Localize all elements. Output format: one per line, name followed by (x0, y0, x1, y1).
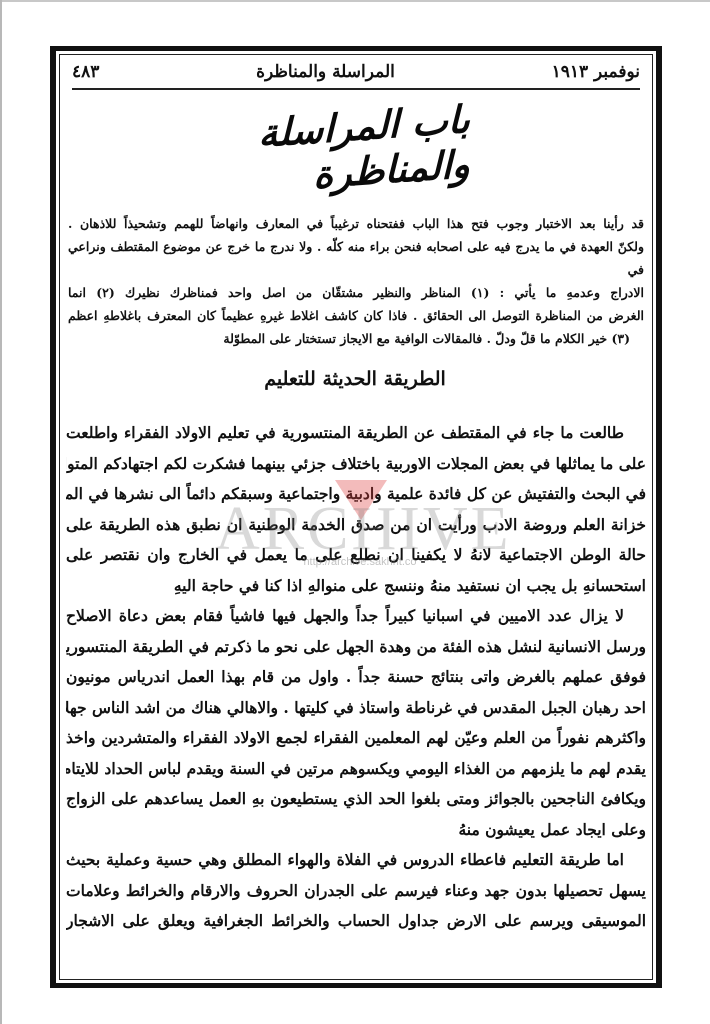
intro-line: ولكنّ العهدة في ما يدرج فيه على اصحابه ف… (68, 235, 644, 281)
scan-left-edge (0, 0, 2, 1024)
page-number: ٤٨٣ (72, 62, 99, 82)
body-line: فوفق عملهم بالغرض واتى بنتائج حسنة جداً … (66, 662, 646, 693)
body-line: ورسل الانسانية لنشل هذه الفئة من وهدة ال… (66, 632, 646, 663)
article-title: الطريقة الحديثة للتعليم (160, 368, 550, 390)
body-line: لا يزال عدد الاميين في اسبانيا كبيراً جد… (66, 601, 646, 632)
body-line: وعلى ايجاد عمل يعيشون منهُ (66, 815, 646, 846)
section-intro: قد رأينا بعد الاختبار وجوب فتح هذا الباب… (68, 212, 644, 350)
scan-top-edge (0, 0, 710, 2)
body-line: يقدم لهم ما يلزمهم من الغذاء اليومي ويكس… (66, 754, 646, 785)
intro-line: (٣) خير الكلام ما قلّ ودلّ . فالمقالات ا… (68, 327, 644, 350)
section-heading-calligraphy: باب المراسلة والمناظرة (240, 96, 470, 202)
body-line: على ما يماثلها في بعض المجلات الاوربية ب… (66, 449, 646, 480)
body-line: احد رهبان الجبل المقدس في غرناطة واستاذ … (66, 693, 646, 724)
body-line: واكثرهم نفوراً من العلم وعيّن لهم المعلم… (66, 723, 646, 754)
running-head-rule (72, 88, 640, 90)
body-line: في البحث والتفتيش عن كل فائدة علمية وادب… (66, 479, 646, 510)
intro-line: قد رأينا بعد الاختبار وجوب فتح هذا الباب… (68, 212, 644, 235)
article-body: طالعت ما جاء في المقتطف عن الطريقة المنت… (66, 418, 646, 937)
body-line: يسهل تحصيلها بدون جهد وعناء فيرسم على ال… (66, 876, 646, 907)
intro-line: الغرض من المناظرة التوصل الى الحقائق . ف… (68, 304, 644, 327)
body-line: ويكافئ الناجحين بالجوائز ومتى بلغوا الحد… (66, 784, 646, 815)
section-name: المراسلة والمناظرة (256, 62, 395, 82)
body-line: استحسانهِ بل يجب ان نستفيد منهُ وننسج عل… (66, 571, 646, 602)
running-head: نوفمبر ١٩١٣ المراسلة والمناظرة ٤٨٣ (72, 58, 640, 86)
intro-line: الادراج وعدمهِ ما يأتي : (١) المناظر وال… (68, 281, 644, 304)
body-line: اما طريقة التعليم فاعطاء الدروس في الفلا… (66, 845, 646, 876)
issue-date: نوفمبر ١٩١٣ (552, 62, 640, 82)
body-line: خزانة العلم وروضة الادب ورأيت ان من صدق … (66, 510, 646, 541)
body-line: حالة الوطن الاجتماعية لانهُ لا يكفينا ان… (66, 540, 646, 571)
body-line: الموسيقى ويرسم على الارض جداول الحساب وا… (66, 906, 646, 937)
body-line: طالعت ما جاء في المقتطف عن الطريقة المنت… (66, 418, 646, 449)
